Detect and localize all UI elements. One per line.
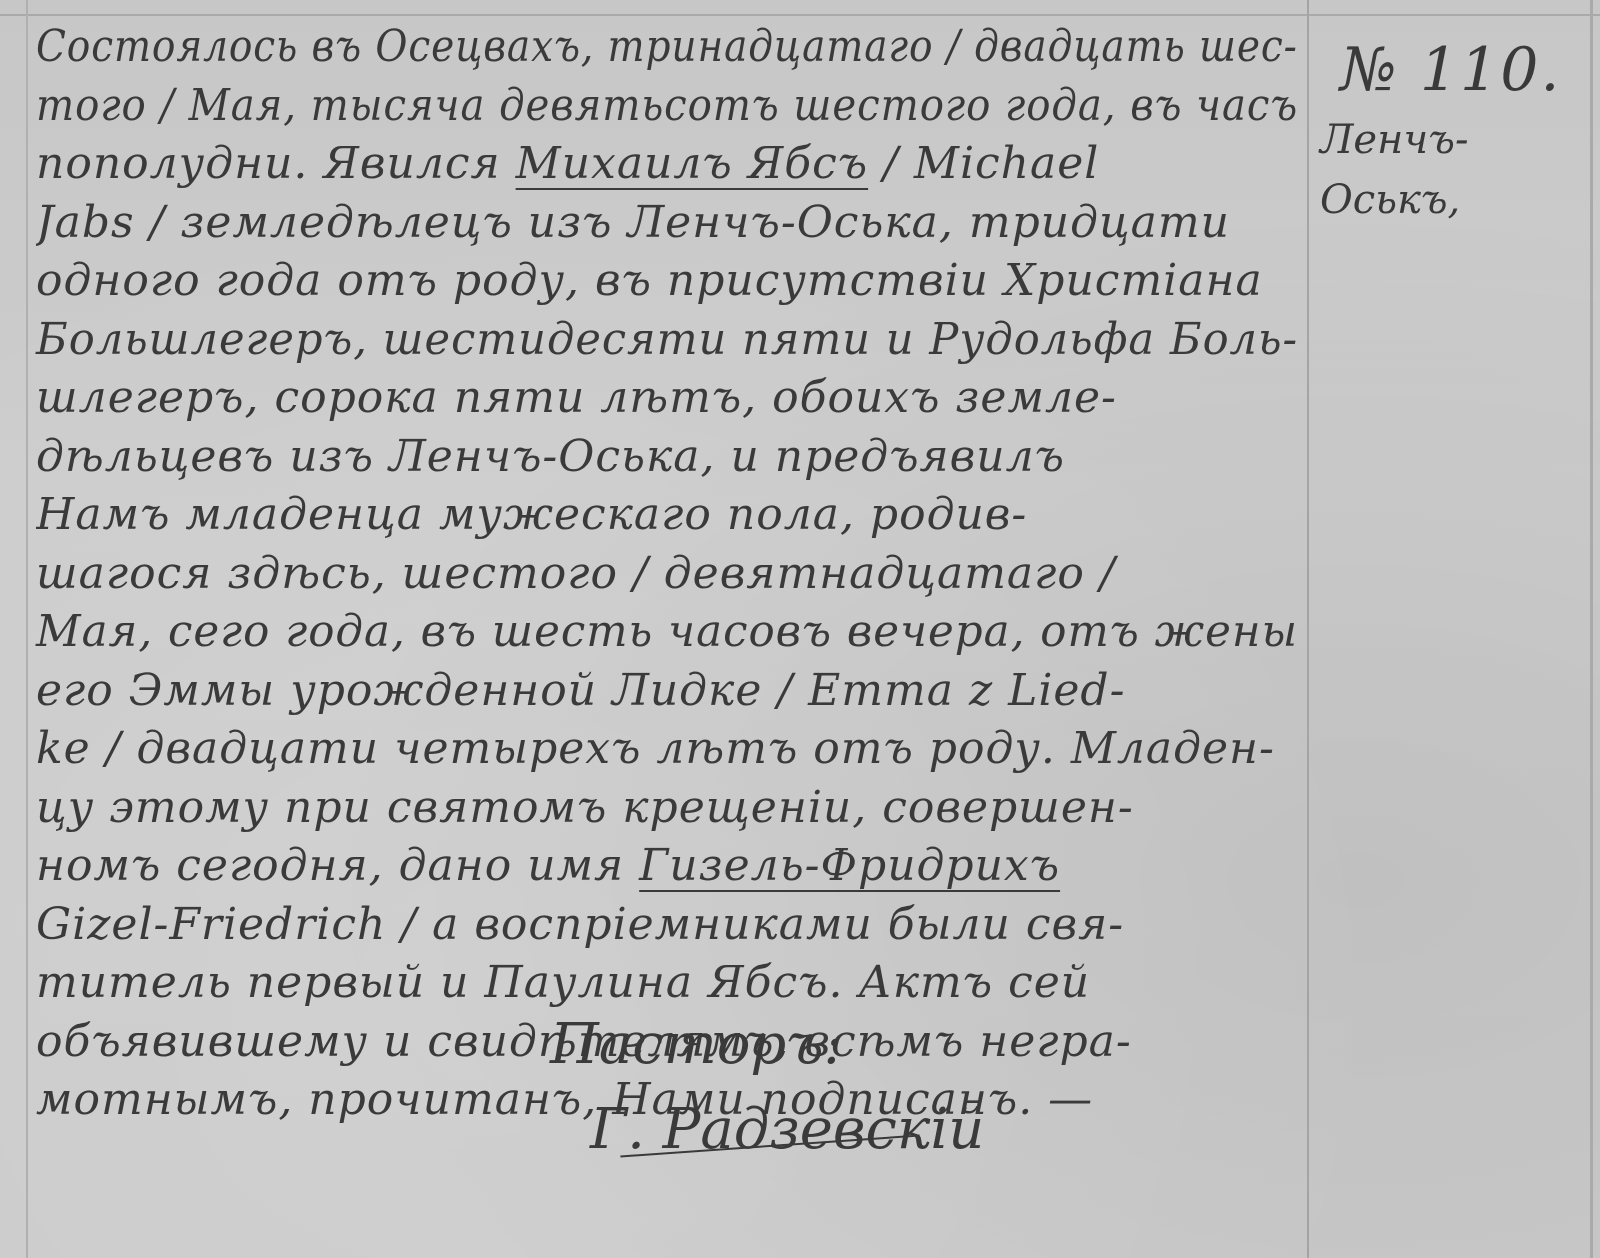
record-line-1: Состоялось въ Осецвахъ, тринадцатаго / д… xyxy=(36,18,1298,77)
record-line-12: его Эммы урожденной Лидке / Emma z Lied- xyxy=(36,662,1298,721)
ruled-line-margin-divider xyxy=(1307,0,1309,1258)
ruled-line-left xyxy=(26,0,28,1258)
record-line-11: Мая, сего года, въ шесть часовъ вечера, … xyxy=(36,603,1298,662)
signature-title: Пасторъ: xyxy=(530,1005,1130,1085)
record-line-4: Jabs / земледѣлецъ изъ Ленчъ-Оська, трид… xyxy=(36,194,1298,253)
record-line-10: шагося здѣсь, шестого / девятнадцатаго / xyxy=(36,545,1298,604)
record-line-17: титель первый и Паулина Ябсъ. Актъ сей xyxy=(36,954,1298,1013)
signature-block: Пасторъ: Г. Радзевскій xyxy=(530,1005,1130,1175)
record-line-8: дѣльцевъ изъ Ленчъ-Оська, и предъявилъ xyxy=(36,428,1298,487)
underlined-name: Гизель-Фридрихъ xyxy=(639,840,1060,891)
margin-column: № 110. Ленчъ-Оськъ, xyxy=(1320,30,1585,230)
record-line-15: номъ сегодня, дано имя Гизель-Фридрихъ xyxy=(36,837,1298,896)
record-line-3: пополудни. Явился Михаилъ Ябсъ / Michael xyxy=(36,135,1298,194)
entry-number: № 110. xyxy=(1320,30,1585,110)
signature-name: Г. Радзевскій xyxy=(530,1085,1130,1175)
record-line-3-text: пополудни. Явился Михаилъ Ябсъ / Michael xyxy=(36,138,1099,189)
record-line-9: Намъ младенца мужескаго пола, родив- xyxy=(36,486,1298,545)
margin-place-name: Ленчъ-Оськъ, xyxy=(1320,110,1585,230)
ruled-line-right xyxy=(1590,0,1593,1258)
record-body: Состоялось въ Осецвахъ, тринадцатаго / д… xyxy=(36,18,1298,1130)
record-line-6: Большлегеръ, шестидесяти пяти и Рудольфа… xyxy=(36,311,1298,370)
underlined-name: Михаилъ Ябсъ xyxy=(516,138,868,189)
record-line-14: цу этому при святомъ крещеніи, совершен- xyxy=(36,779,1298,838)
record-line-16: Gizel-Friedrich / а воспріемниками были … xyxy=(36,896,1298,955)
record-line-15-text: номъ сегодня, дано имя Гизель-Фридрихъ xyxy=(36,840,1060,891)
record-line-5: одного года отъ роду, въ присутствіи Хри… xyxy=(36,252,1298,311)
record-line-7: шлегеръ, сорока пяти лѣтъ, обоихъ земле- xyxy=(36,369,1298,428)
ruled-line-top xyxy=(0,14,1600,16)
record-line-13: ke / двадцати четырехъ лѣтъ отъ роду. Мл… xyxy=(36,720,1298,779)
record-line-2: того / Мая, тысяча девятьсотъ шестого го… xyxy=(36,77,1298,136)
